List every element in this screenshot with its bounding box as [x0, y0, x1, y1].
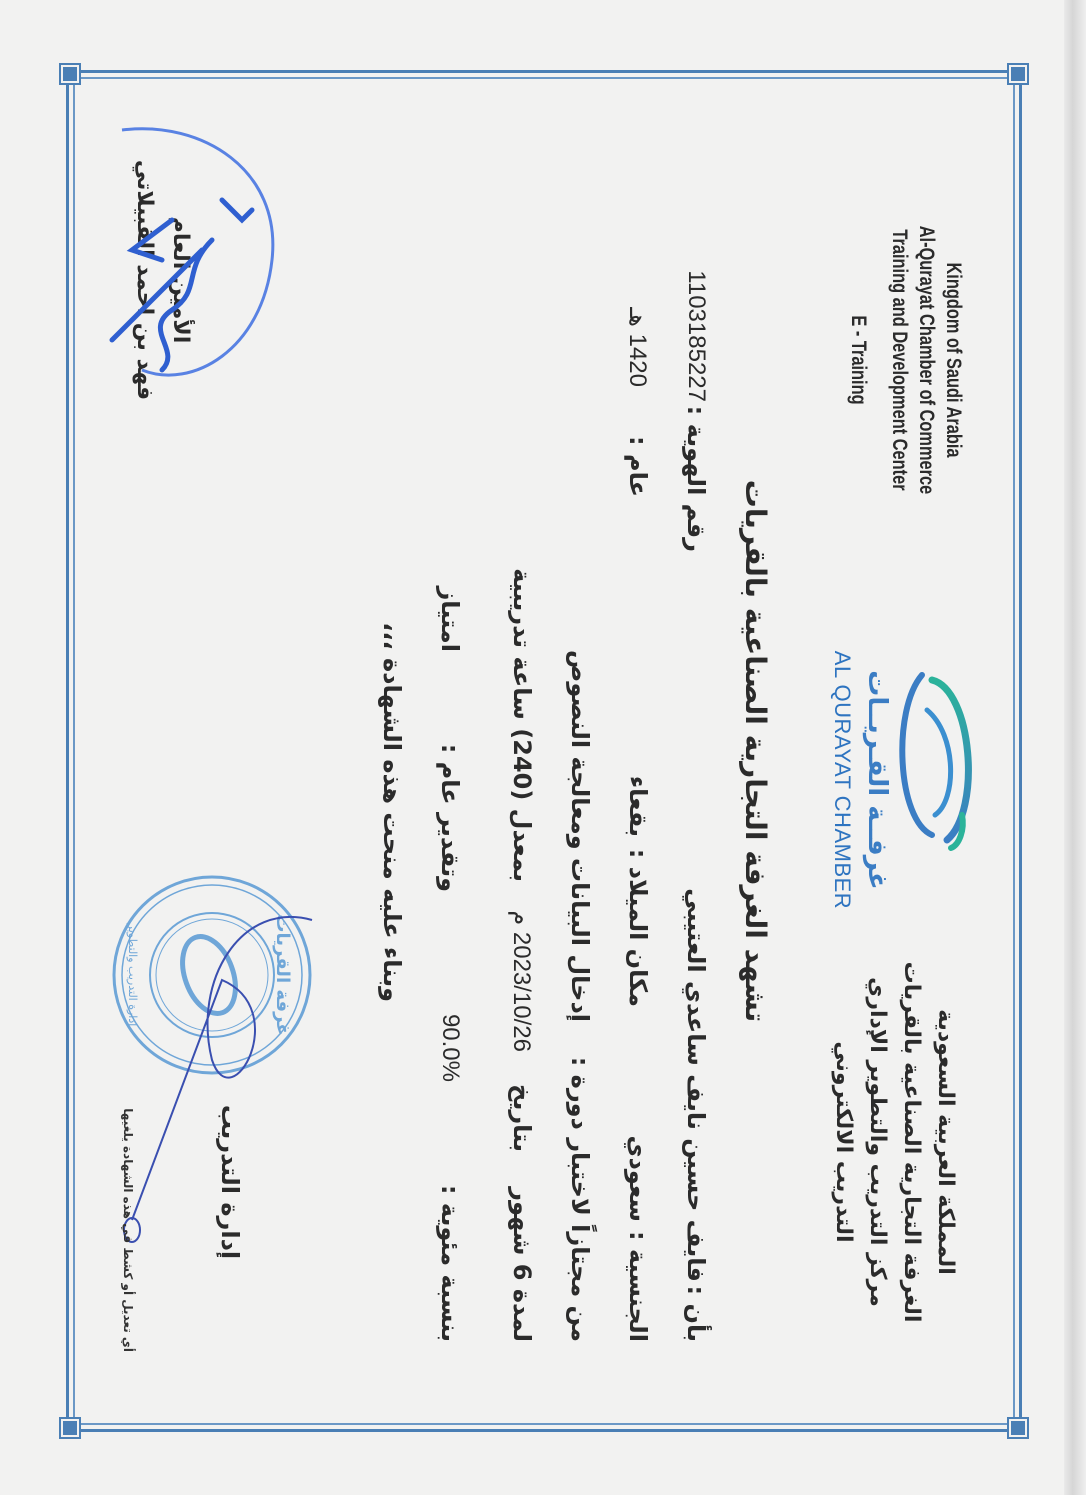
name-value: فايف حسين نايف ساعدي العتيبي — [682, 888, 710, 1282]
header-en-line: Al-Qurayat Chamber of Commerce — [913, 196, 940, 524]
logo-english-text: AL QURAYAT CHAMBER — [829, 600, 855, 960]
header-en-line: Kingdom of Saudi Arabia — [940, 196, 967, 524]
year-value: 1420 هـ — [623, 307, 652, 387]
grade-line: بنسبة مئوية : 90.0% وتقدير عام : امتياز — [406, 160, 464, 1342]
header-ar-line: مركز التدريب والتطوير الإداري — [860, 912, 894, 1372]
secretary-general-signature: الأمين العام فهد بن احمد القبيلاتي — [126, 110, 198, 450]
border-corner — [1009, 65, 1027, 83]
logo-arabic-text: غرفــة القـريــات — [862, 600, 892, 960]
logo-rings-icon — [887, 560, 987, 960]
grade-label: وتقدير عام : — [436, 744, 464, 892]
duration-value: لمدة 6 شهور — [508, 1187, 536, 1342]
birthplace-value: بقعاء — [624, 776, 652, 837]
grade-value: امتياز — [436, 586, 464, 652]
validity-footnote: أي تعديل أو كشط في هذه الشهادة يلغيها — [121, 1108, 135, 1352]
course-label: من مجتازاً لاختبار دورة : — [566, 1057, 594, 1342]
svg-text:إدارة التدريب والتطوير: إدارة التدريب والتطوير — [126, 923, 139, 1027]
border-corner — [1009, 1419, 1027, 1437]
name-label: بأن : — [682, 1286, 710, 1342]
name-line: بأن : فايف حسين نايف ساعدي العتيبي رقم ا… — [652, 160, 710, 1342]
training-management-signature: إدارة التدريب — [216, 1032, 244, 1332]
birthplace-label: مكان الميلاد : — [624, 849, 652, 1007]
header-en-line: E - Training — [845, 196, 872, 524]
hours-value: بمعدل (240) ساعة تدريبية — [508, 568, 536, 882]
chamber-logo: غرفــة القـريــات AL QURAYAT CHAMBER — [807, 560, 987, 960]
secretary-general-title: الأمين العام — [162, 110, 198, 450]
english-header: Kingdom of Saudi Arabia Al-Qurayat Chamb… — [845, 196, 967, 524]
closing-line: وبناء عليه منحت هذه الشهادة ،،، — [348, 160, 406, 1342]
course-line: من مجتازاً لاختبار دورة : إدخال البيانات… — [536, 160, 594, 1342]
id-value: 1103185227 — [682, 270, 710, 402]
official-stamp: غرفة القريات إدارة التدريب والتطوير — [107, 870, 317, 1080]
border-corner — [61, 1419, 79, 1437]
svg-text:غرفة القريات: غرفة القريات — [272, 914, 293, 1035]
course-value: إدخال البيانات ومعالجة النصوص — [566, 650, 594, 1022]
header-ar-line: التدريب الالكتروني — [826, 912, 860, 1372]
scan-edge — [1064, 0, 1086, 1495]
id-label: رقم الهوية : — [682, 406, 710, 552]
header-ar-line: الغرفة التجارية الصناعية بالقريات — [894, 912, 928, 1372]
certificate: Kingdom of Saudi Arabia Al-Qurayat Chamb… — [66, 70, 1022, 1432]
nationality-value: سعودي — [624, 1135, 652, 1222]
header-en-line: Training and Development Center — [886, 196, 913, 524]
stamp-seal-icon: غرفة القريات إدارة التدريب والتطوير — [107, 870, 317, 1080]
percent-label: بنسبة مئوية : — [436, 1185, 464, 1342]
date-label: بتاريخ — [508, 1084, 536, 1152]
certificate-title: تشهد الغرفة التجارية الصناعية بالقريات — [710, 160, 772, 1342]
secretary-general-name: فهد بن احمد القبيلاتي — [126, 110, 162, 450]
training-management-title: إدارة التدريب — [216, 1032, 244, 1332]
nationality-line: الجنسية : سعودي مكان الميلاد : بقعاء عام… — [594, 160, 652, 1342]
border-corner — [61, 65, 79, 83]
percent-value: 90.0% — [436, 1014, 464, 1082]
arabic-header: المملكة العربية السعودية الغرفة التجارية… — [826, 912, 962, 1372]
nationality-label: الجنسية : — [624, 1231, 652, 1342]
date-value: 2023/10/26 م — [507, 910, 536, 1052]
closing-text: وبناء عليه منحت هذه الشهادة ،،، — [378, 622, 406, 1002]
year-label: عام : — [624, 436, 652, 497]
header-ar-line: المملكة العربية السعودية — [928, 912, 962, 1372]
certificate-body: تشهد الغرفة التجارية الصناعية بالقريات ب… — [348, 160, 772, 1342]
duration-line: لمدة 6 شهور بتاريخ 2023/10/26 م بمعدل (2… — [478, 160, 536, 1342]
title-text: تشهد الغرفة التجارية الصناعية بالقريات — [739, 480, 772, 1023]
